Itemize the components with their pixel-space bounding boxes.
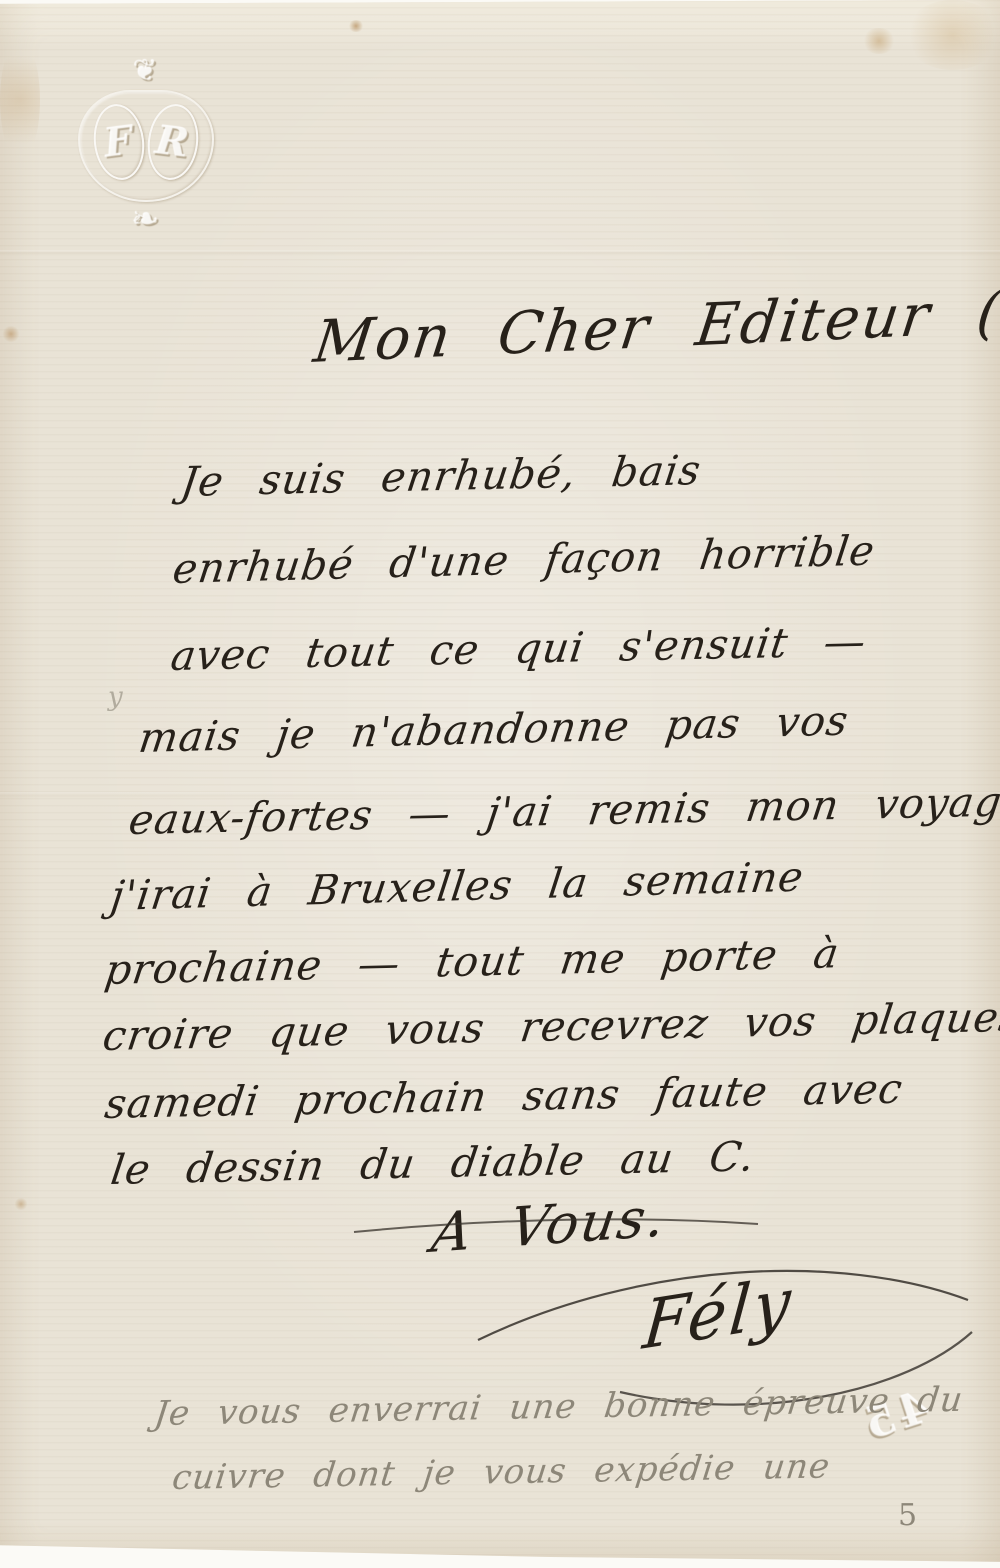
monogram-letter-left: F: [102, 117, 136, 167]
signature: Fély: [640, 1262, 797, 1365]
body-line: eaux-fortes — j'ai remis mon voyage,: [126, 777, 1000, 844]
postscript-line: Je vous enverrai une bonne épreuve du: [152, 1380, 966, 1434]
fold-crease: [0, 250, 1000, 256]
foxing-spot: [14, 1198, 28, 1210]
foxing-spot: [862, 28, 896, 54]
foxing-spot: [0, 40, 40, 160]
crest-flourish-icon: ❧: [132, 200, 161, 240]
body-line: avec tout ce qui s'ensuit —: [168, 617, 869, 680]
body-line: enrhubé d'une façon horrible: [170, 526, 878, 593]
body-line: prochaine — tout me porte à: [102, 929, 843, 994]
foxing-spot: [348, 20, 364, 32]
body-line: mais je n'abandonne pas vos: [136, 696, 852, 762]
foxing-spot: [2, 326, 20, 342]
body-line: Je suis enrhubé, bais: [178, 446, 704, 506]
page-number: 5: [898, 1498, 918, 1533]
crest-flourish-icon: ❦: [133, 54, 158, 89]
letter-page: ❦ F R ❧ 45 Mon Cher Editeur (!!) Je suis…: [0, 0, 1000, 1568]
body-line: j'irai à Bruxelles la semaine: [108, 852, 807, 920]
postscript-line: cuivre dont je vous expédie une: [170, 1446, 833, 1498]
foxing-spot: [905, 0, 1000, 70]
monogram-crest: ❦ F R ❧: [72, 62, 220, 224]
salutation: Mon Cher Editeur (!!): [310, 274, 1000, 376]
margin-mark: y: [108, 682, 124, 712]
body-line: samedi prochain sans faute avec: [102, 1065, 906, 1128]
closing: A Vous.: [428, 1185, 671, 1265]
monogram-letter-right: R: [154, 117, 193, 168]
body-line: croire que vous recevrez vos plaques: [100, 993, 1000, 1060]
